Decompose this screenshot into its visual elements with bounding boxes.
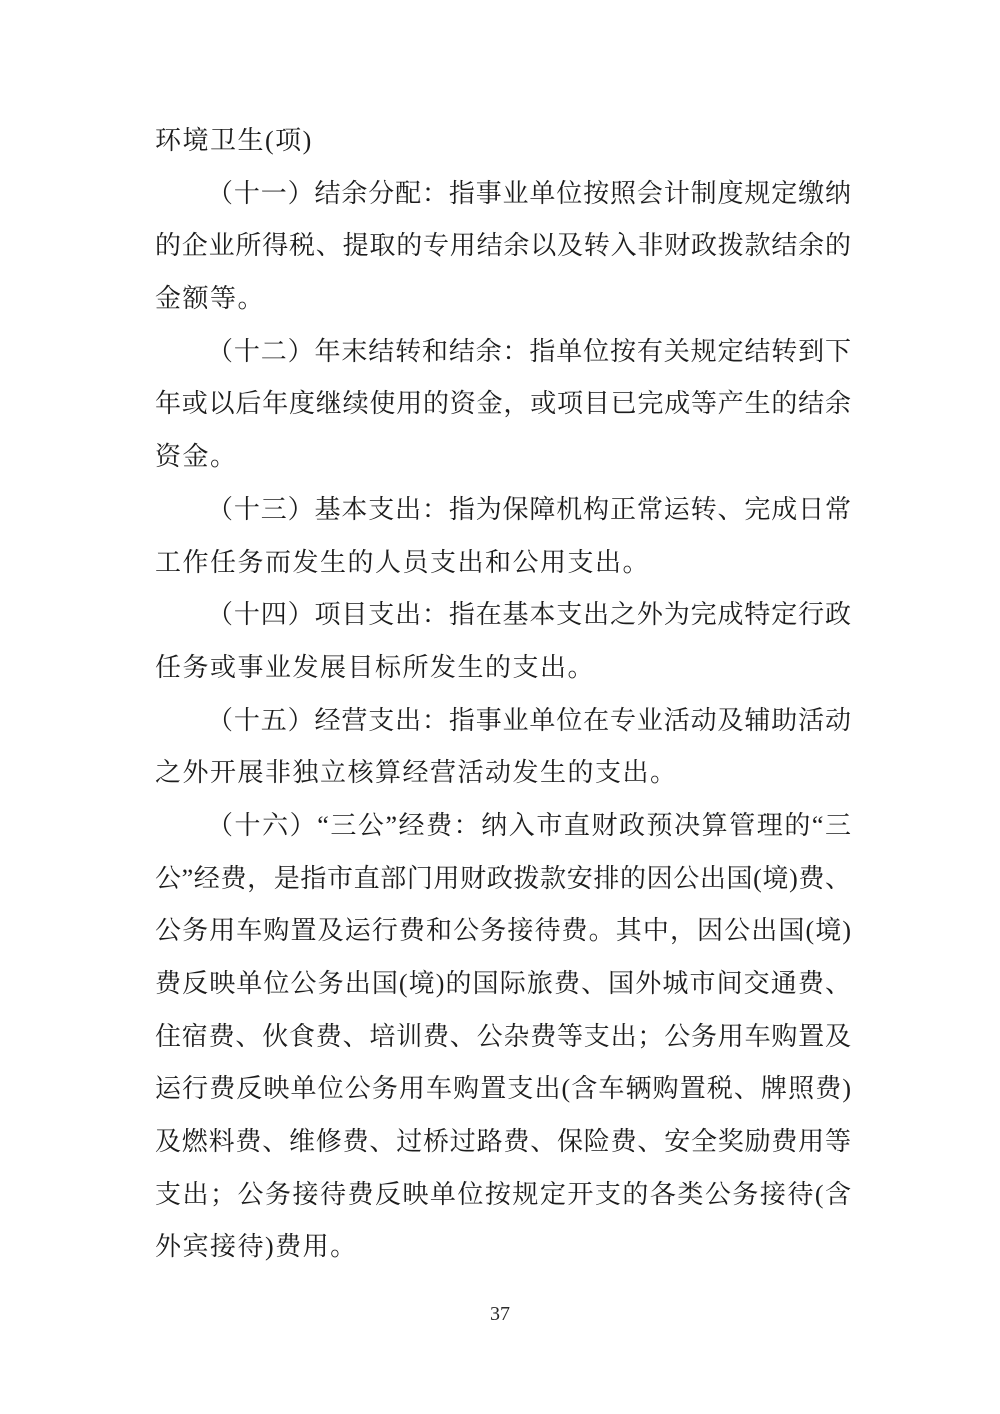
text-line: 及燃料费、维修费、过桥过路费、保险费、安全奖励费用等 <box>155 1116 851 1169</box>
document-page: 环境卫生(项)（十一）结余分配：指事业单位按照会计制度规定缴纳的企业所得税、提取… <box>0 0 1000 1414</box>
text-line: 住宿费、伙食费、培训费、公杂费等支出；公务用车购置及 <box>155 1011 851 1064</box>
page-number: 37 <box>0 1303 1000 1326</box>
text-line: 年或以后年度继续使用的资金，或项目已完成等产生的结余 <box>155 378 851 431</box>
text-block: 环境卫生(项)（十一）结余分配：指事业单位按照会计制度规定缴纳的企业所得税、提取… <box>155 115 851 1274</box>
text-line: （十二）年末结转和结余：指单位按有关规定结转到下 <box>155 326 851 379</box>
text-line: （十四）项目支出：指在基本支出之外为完成特定行政 <box>155 589 851 642</box>
text-line: 的企业所得税、提取的专用结余以及转入非财政拨款结余的 <box>155 220 851 273</box>
text-line: 费反映单位公务出国(境)的国际旅费、国外城市间交通费、 <box>155 958 851 1011</box>
text-line: 支出；公务接待费反映单位按规定开支的各类公务接待(含 <box>155 1169 851 1222</box>
text-line: 公”经费，是指市直部门用财政拨款安排的因公出国(境)费、 <box>155 853 851 906</box>
text-line: 资金。 <box>155 431 851 484</box>
text-line: 环境卫生(项) <box>155 115 851 168</box>
text-line: 运行费反映单位公务用车购置支出(含车辆购置税、牌照费) <box>155 1063 851 1116</box>
text-line: （十三）基本支出：指为保障机构正常运转、完成日常 <box>155 484 851 537</box>
text-line: 公务用车购置及运行费和公务接待费。其中，因公出国(境) <box>155 905 851 958</box>
text-line: 外宾接待)费用。 <box>155 1221 851 1274</box>
text-line: 工作任务而发生的人员支出和公用支出。 <box>155 537 851 590</box>
text-line: 任务或事业发展目标所发生的支出。 <box>155 642 851 695</box>
text-line: （十六）“三公”经费：纳入市直财政预决算管理的“三 <box>155 800 851 853</box>
text-line: （十一）结余分配：指事业单位按照会计制度规定缴纳 <box>155 168 851 221</box>
text-line: 之外开展非独立核算经营活动发生的支出。 <box>155 747 851 800</box>
text-line: 金额等。 <box>155 273 851 326</box>
text-line: （十五）经营支出：指事业单位在专业活动及辅助活动 <box>155 695 851 748</box>
